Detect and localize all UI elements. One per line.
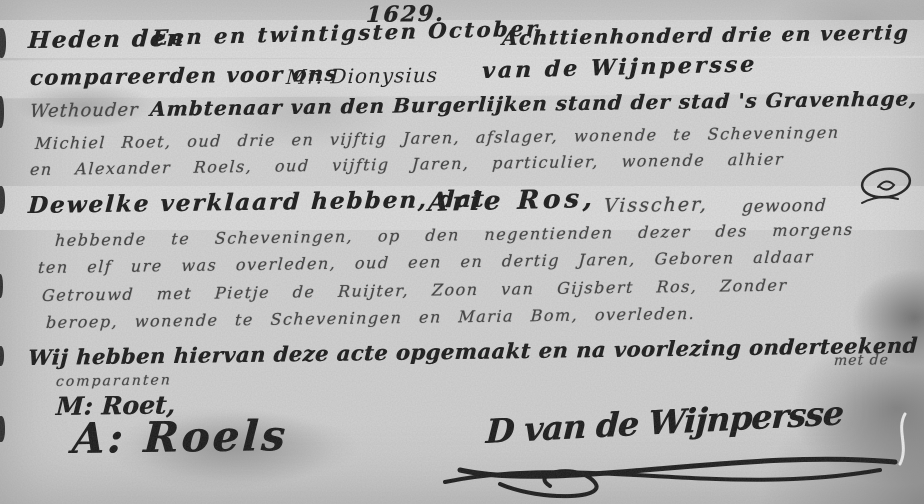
witness2-details-line: en Alexander Roels, oud vijftig Jaren, p… — [29, 149, 784, 179]
comparanten-word: comparanten — [56, 372, 173, 390]
gewoond-word: gewoond — [741, 196, 827, 217]
margin-paraph-icon — [856, 162, 918, 212]
wethouder-word: Wethouder — [29, 99, 139, 122]
closing-statement-line: Wij hebben hiervan deze acte opgemaakt e… — [27, 333, 918, 370]
father-residence-mother-line: beroep, wonende te Scheveningen en Maria… — [45, 304, 695, 332]
witness1-details-line: Michiel Roet, oud drie en vijftig Jaren,… — [34, 123, 840, 153]
death-time-age-line: ten elf ure was overleden, oud een en de… — [37, 247, 814, 277]
binding-edge-mark — [0, 416, 5, 442]
met-de-phrase: met de — [834, 352, 890, 369]
paper-scratch-mark — [893, 412, 913, 467]
deceased-occupation: Visscher, — [603, 194, 708, 217]
registrar-title-name: Mr. Dionysius — [285, 63, 438, 89]
scanned-document: 1629. Heden den Een en twintigsten Octob… — [0, 0, 924, 504]
binding-edge-mark — [0, 274, 3, 298]
spouse-father-line: Getrouwd met Pietje de Ruijter, Zoon van… — [41, 276, 788, 305]
signature-witness-roels: A: Roels — [71, 411, 290, 463]
binding-edge-mark — [0, 96, 4, 128]
binding-edge-mark — [0, 346, 4, 366]
deceased-name: Arie Ros, — [427, 184, 596, 218]
signature-flourish-icon — [440, 440, 910, 500]
